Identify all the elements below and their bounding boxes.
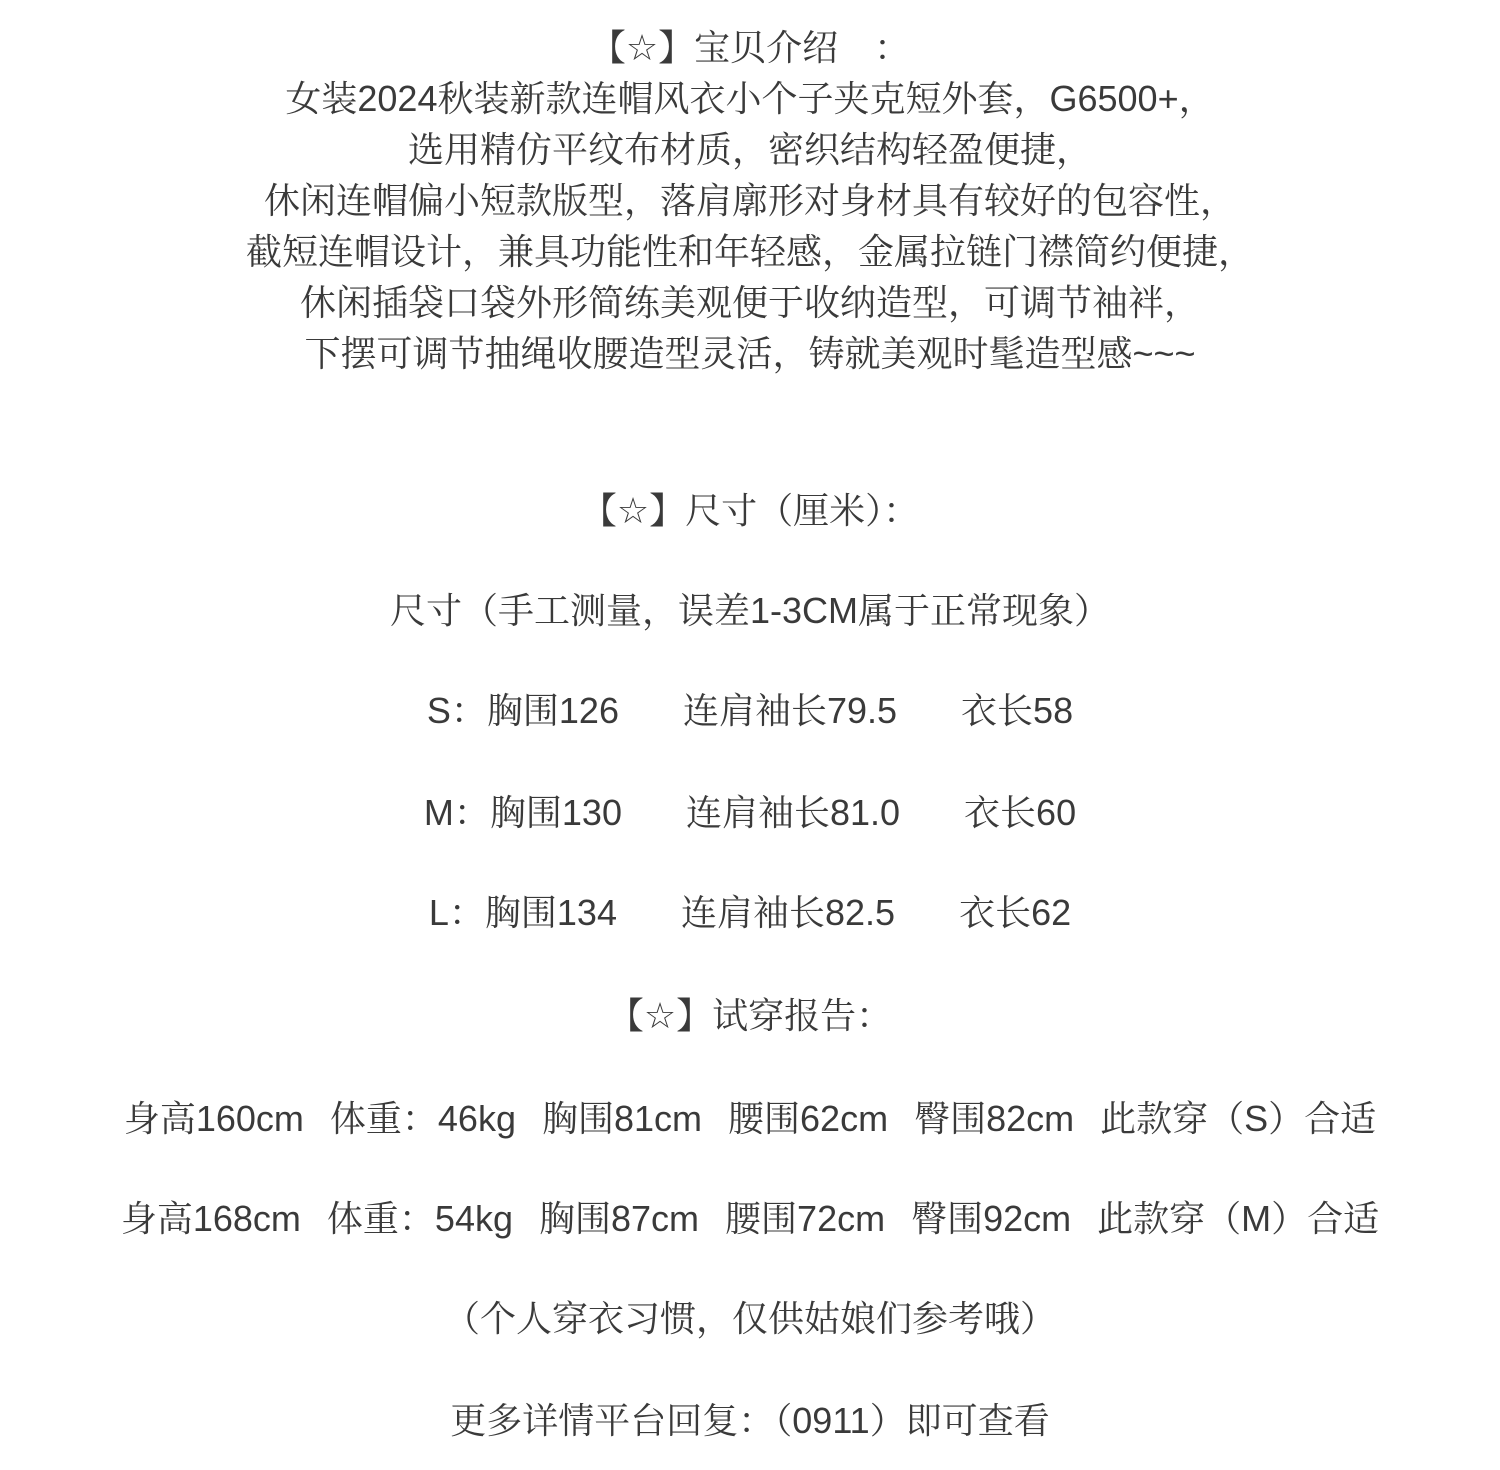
size-note: 尺寸（手工测量，误差1-3CM属于正常现象）	[0, 585, 1500, 636]
intro-line-2: 选用精仿平纹布材质，密织结构轻盈便捷，	[0, 124, 1500, 175]
fit-weight: 体重：54kg	[327, 1193, 513, 1244]
size-chest: S：胸围126	[427, 685, 619, 736]
fit-bust: 胸围81cm	[542, 1093, 702, 1144]
intro-heading: 【☆】宝贝介绍 ：	[0, 22, 1500, 73]
intro-line-6: 下摆可调节抽绳收腰造型灵活，铸就美观时髦造型感~~~	[0, 328, 1500, 379]
fit-verdict: 此款穿（S）合适	[1100, 1093, 1376, 1144]
fit-hip: 臀围92cm	[911, 1193, 1071, 1244]
intro-section: 【☆】宝贝介绍 ： 女装2024秋装新款连帽风衣小个子夹克短外套，G6500+，…	[0, 22, 1500, 379]
fit-waist: 腰围72cm	[725, 1193, 885, 1244]
intro-line-3: 休闲连帽偏小短款版型，落肩廓形对身材具有较好的包容性，	[0, 175, 1500, 226]
fit-waist: 腰围62cm	[728, 1093, 888, 1144]
fit-weight: 体重：46kg	[330, 1093, 516, 1144]
size-row-m: M：胸围130 连肩袖长81.0 衣长60	[0, 787, 1500, 838]
intro-line-1: 女装2024秋装新款连帽风衣小个子夹克短外套，G6500+，	[0, 73, 1500, 124]
product-description-page: 【☆】宝贝介绍 ： 女装2024秋装新款连帽风衣小个子夹克短外套，G6500+，…	[0, 0, 1500, 1470]
fit-height: 身高168cm	[121, 1193, 301, 1244]
size-row-l: L：胸围134 连肩袖长82.5 衣长62	[0, 887, 1500, 938]
more-info-line: 更多详情平台回复：（0911）即可查看	[0, 1395, 1500, 1446]
fit-hip: 臀围82cm	[914, 1093, 1074, 1144]
size-length: 衣长58	[961, 685, 1073, 736]
fit-height: 身高160cm	[124, 1093, 304, 1144]
size-sleeve: 连肩袖长82.5	[681, 887, 895, 938]
fit-section-heading: 【☆】试穿报告：	[0, 990, 1500, 1041]
size-length: 衣长60	[964, 787, 1076, 838]
fit-disclaimer: （个人穿衣习惯，仅供姑娘们参考哦）	[0, 1293, 1500, 1344]
size-sleeve: 连肩袖长81.0	[686, 787, 900, 838]
size-sleeve: 连肩袖长79.5	[683, 685, 897, 736]
intro-line-4: 截短连帽设计，兼具功能性和年轻感，金属拉链门襟简约便捷，	[0, 226, 1500, 277]
size-section-heading: 【☆】尺寸（厘米）：	[0, 485, 1500, 536]
size-chest: L：胸围134	[429, 887, 617, 938]
fit-verdict: 此款穿（M）合适	[1097, 1193, 1379, 1244]
size-row-s: S：胸围126 连肩袖长79.5 衣长58	[0, 685, 1500, 736]
fit-report-row-1: 身高160cm 体重：46kg 胸围81cm 腰围62cm 臀围82cm 此款穿…	[0, 1093, 1500, 1144]
fit-report-row-2: 身高168cm 体重：54kg 胸围87cm 腰围72cm 臀围92cm 此款穿…	[0, 1193, 1500, 1244]
size-length: 衣长62	[959, 887, 1071, 938]
size-chest: M：胸围130	[424, 787, 622, 838]
fit-bust: 胸围87cm	[539, 1193, 699, 1244]
intro-line-5: 休闲插袋口袋外形简练美观便于收纳造型，可调节袖袢，	[0, 277, 1500, 328]
